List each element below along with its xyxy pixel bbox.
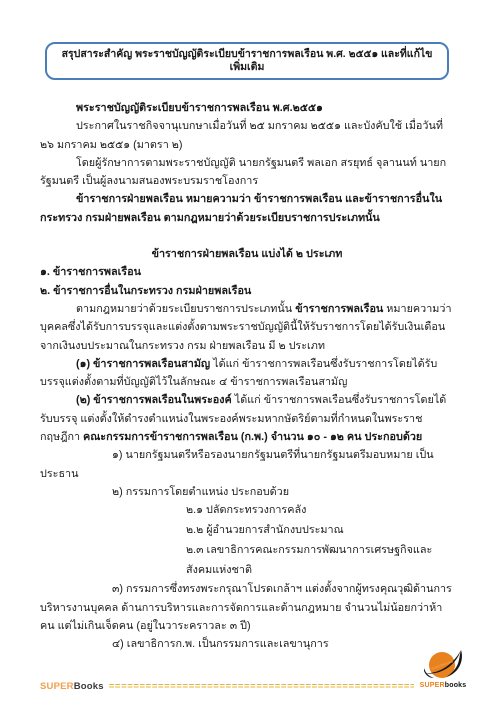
bold-run: (๑) ข้าราชการพลเรือนสามัญ bbox=[76, 358, 210, 370]
logo-text-super: SUPER bbox=[420, 682, 445, 689]
superbooks-logo-text: SUPERbooks bbox=[415, 682, 471, 689]
civil-servant-definition: ตามกฎหมายว่าด้วยระเบียบราชการประเภทนั้น … bbox=[40, 300, 454, 355]
bold-run: คณะกรรมการข้าราชการพลเรือน (ก.พ.) จำนวน … bbox=[83, 431, 422, 443]
superbooks-logo-icon: SUPERBOOKS bbox=[422, 650, 464, 684]
type-item-1: ๑. ข้าราชการพลเรือน bbox=[40, 263, 454, 281]
committee-member-3: ๓) กรรมการซึ่งทรงพระกรุณาโปรดเกล้าฯ แต่ง… bbox=[40, 580, 454, 635]
footer-divider: ========================================… bbox=[109, 681, 414, 692]
committee-member-2-1: ๒.๑ ปลัดกระทรวงการคลัง bbox=[40, 501, 454, 521]
summary-title-box: สรุปสาระสำคัญ พระราชบัญญัติระเบียบข้าราช… bbox=[45, 42, 449, 80]
committee-member-4: ๔) เลขาธิการก.พ. เป็นกรรมการและเลขานุการ bbox=[40, 635, 454, 653]
bold-run: ข้าราชการพลเรือน bbox=[295, 303, 383, 315]
document-body: พระราชบัญญัติระเบียบข้าราชการพลเรือน พ.ศ… bbox=[40, 99, 454, 654]
committee-member-1: ๑) นายกรัฐมนตรีหรือรองนายกรัฐมนตรีที่นาย… bbox=[40, 446, 454, 483]
definition-line: ข้าราชการฝ่ายพลเรือน หมายความว่า ข้าราชก… bbox=[40, 190, 454, 227]
footer: SUPERBooks =============================… bbox=[40, 681, 414, 692]
footer-brand: SUPERBooks bbox=[40, 681, 104, 692]
caretaker-line: โดยผู้รักษาการตามพระราชบัญญัติ นายกรัฐมน… bbox=[40, 154, 454, 191]
committee-member-2: ๒) กรรมการโดยตำแหน่ง ประกอบด้วย bbox=[40, 483, 454, 501]
committee-member-2-2: ๒.๒ ผู้อำนวยการสำนักงบประมาณ bbox=[40, 521, 454, 541]
footer-brand-books: Books bbox=[74, 681, 104, 692]
summary-title: สรุปสาระสำคัญ พระราชบัญญัติระเบียบข้าราช… bbox=[59, 48, 435, 74]
type-item-2: ๒. ข้าราชการอื่นในกระทรวง กรมฝ่ายพลเรือน bbox=[40, 282, 454, 300]
section-heading: ข้าราชการฝ่ายพลเรือน แบ่งได้ ๒ ประเภท bbox=[40, 245, 454, 263]
text-run: ตามกฎหมายว่าด้วยระเบียบราชการประเภทนั้น bbox=[76, 303, 295, 315]
logo-text-books: books bbox=[445, 682, 467, 689]
publisher-logo: SUPERBOOKS SUPERbooks bbox=[415, 650, 471, 689]
royal-civil-servant: (๒) ข้าราชการพลเรือนในพระองค์ ได้แก่ ข้า… bbox=[40, 391, 454, 446]
document-page: สรุปสาระสำคัญ พระราชบัญญัติระเบียบข้าราช… bbox=[0, 0, 494, 721]
gazette-line: ประกาศในราชกิจจานุเบกษาเมื่อวันที่ ๒๕ มก… bbox=[40, 117, 454, 154]
bold-run: (๒) ข้าราชการพลเรือนในพระองค์ bbox=[76, 394, 232, 406]
act-title-line: พระราชบัญญัติระเบียบข้าราชการพลเรือน พ.ศ… bbox=[40, 99, 454, 117]
committee-member-2-3: ๒.๓ เลขาธิการคณะกรรมการพัฒนาการเศรษฐกิจแ… bbox=[40, 541, 454, 581]
footer-brand-super: SUPER bbox=[40, 681, 74, 692]
ordinary-civil-servant: (๑) ข้าราชการพลเรือนสามัญ ได้แก่ ข้าราชก… bbox=[40, 355, 454, 392]
